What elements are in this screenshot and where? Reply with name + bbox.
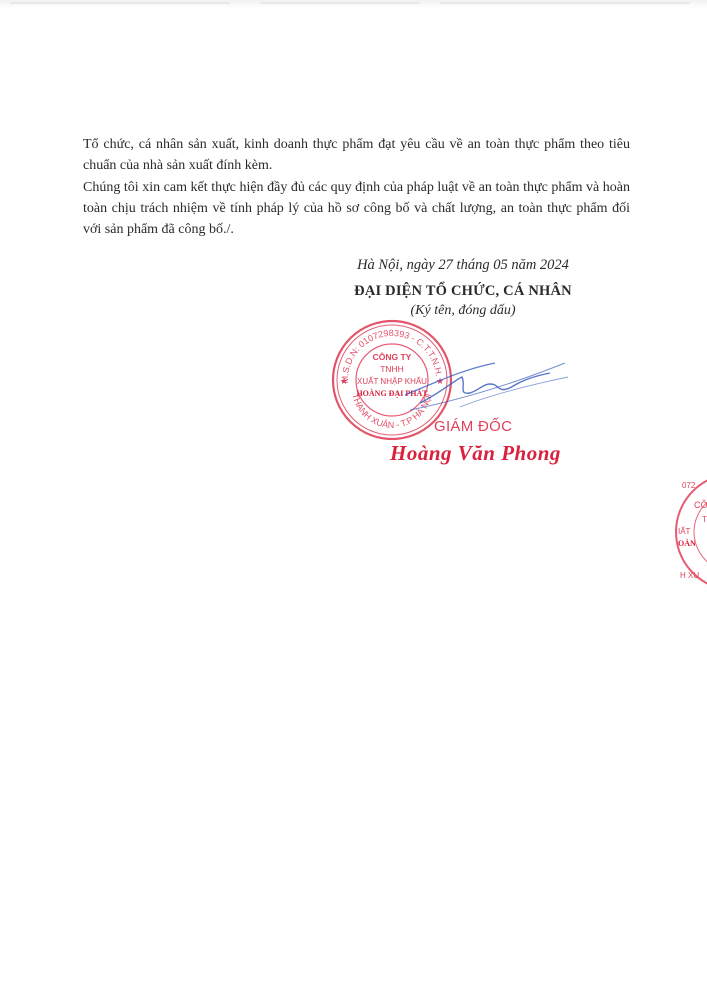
text-line: chuẩn của nhà sản xuất đính kèm. (83, 155, 630, 176)
text-line: Tổ chức, cá nhân sản xuất, kinh doanh th… (83, 134, 630, 155)
edge-stamp-fragment: CÔ (694, 500, 707, 510)
text-line: Chúng tôi xin cam kết thực hiện đầy đủ c… (83, 177, 630, 198)
edge-stamp-fragment: 072 (682, 481, 696, 490)
signature-note: (Ký tên, đóng dấu) (318, 303, 608, 319)
signature-title: ĐẠI DIỆN TỔ CHỨC, CÁ NHÂN (318, 283, 608, 300)
text-line: với sản phẩm đã công bố./. (83, 219, 630, 240)
paragraph-commitment: Chúng tôi xin cam kết thực hiện đầy đủ c… (83, 177, 630, 240)
edge-stamp-fragment: IẤT (678, 526, 691, 536)
partial-edge-stamp-icon: 072 CÔ T IẤT OÀN H XU (672, 470, 707, 600)
signer-role: GIÁM ĐỐC (434, 418, 512, 435)
handwritten-signature-icon (400, 355, 570, 415)
svg-text:★: ★ (340, 376, 348, 386)
place-date: Hà Nội, ngày 27 tháng 05 năm 2024 (318, 257, 608, 274)
text-line: toàn chịu trách nhiệm về tính pháp lý củ… (83, 198, 630, 219)
edge-stamp-fragment: H XU (680, 571, 699, 580)
paragraph-compliance: Tổ chức, cá nhân sản xuất, kinh doanh th… (83, 134, 630, 176)
edge-stamp-fragment: OÀN (678, 538, 696, 548)
edge-stamp-fragment: T (702, 515, 707, 524)
signer-name: Hoàng Văn Phong (390, 441, 561, 466)
scan-top-edge (0, 0, 707, 10)
